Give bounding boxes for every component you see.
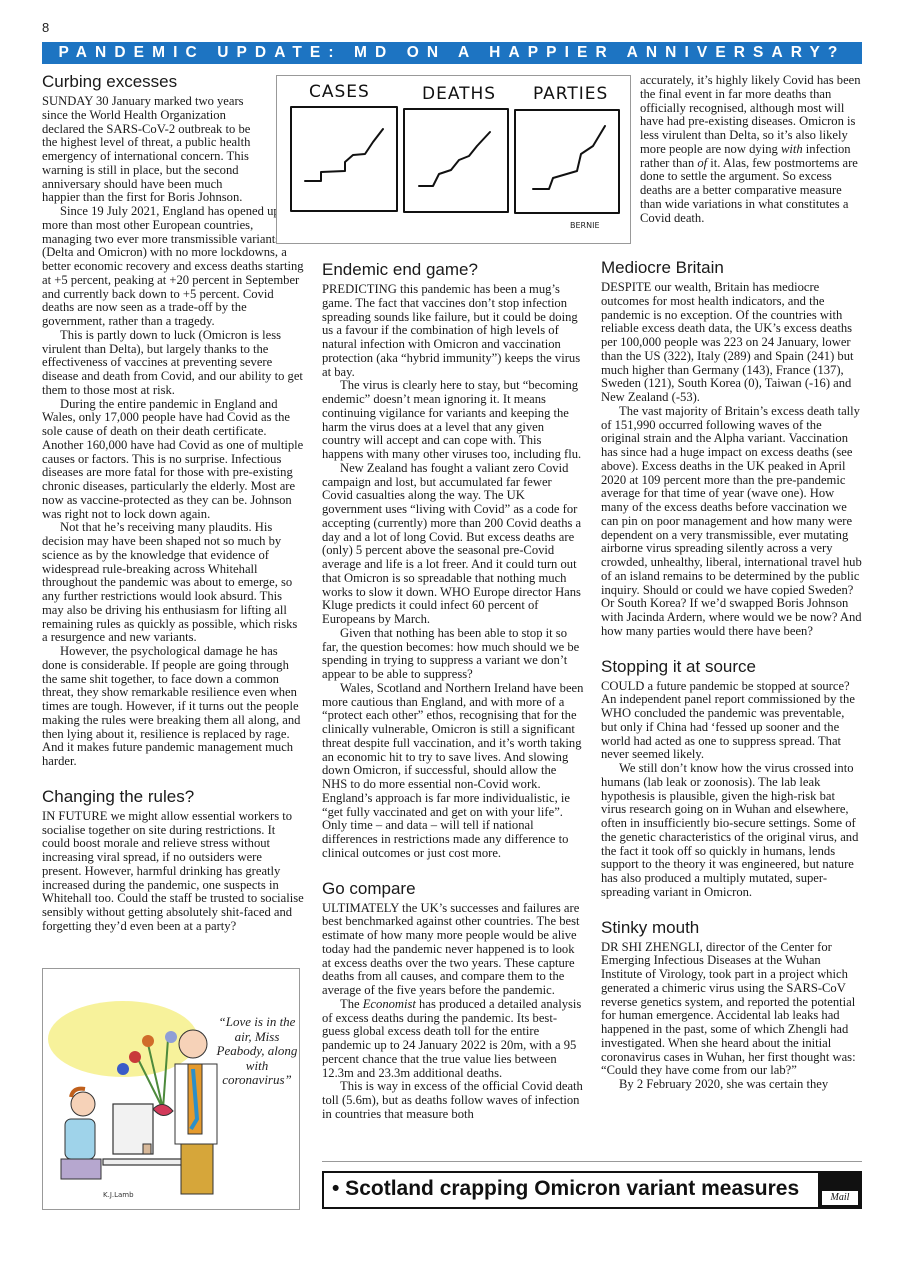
paragraph: New Zealand has fought a valiant zero Co… [322,462,584,627]
paragraph: Since 19 July 2021, England has opened u… [42,205,304,329]
section-banner: PANDEMIC UPDATE: MD ON A HAPPIER ANNIVER… [42,42,862,64]
cartoon-graphs: CASES DEATHS PARTIES BERNIE [276,75,631,244]
paragraph: This is way in excess of the official Co… [322,1080,584,1121]
column-3: Mediocre Britain DESPITE our wealth, Bri… [601,258,863,1092]
paragraph: Given that nothing has been able to stop… [322,627,584,682]
cartoonist-signature: BERNIE [570,221,600,230]
paragraph: COULD a future pandemic be stopped at so… [601,680,863,763]
heading-endemic-end-game: Endemic end game? [322,260,584,280]
page-number: 8 [42,20,49,35]
paragraph: DESPITE our wealth, Britain has mediocre… [601,281,863,405]
heading-curbing-excesses: Curbing excesses [42,72,304,92]
paragraph: IN FUTURE we might allow essential worke… [42,810,304,934]
cartoon-illustration: K.J.Lamb [43,969,299,1209]
heading-stinky-mouth: Stinky mouth [601,918,863,938]
cartoon-office: K.J.Lamb “Love is in the air, Miss Peabo… [42,968,300,1210]
source-label: Mail [822,1191,858,1205]
paragraph: Not that he’s receiving many plaudits. H… [42,521,304,645]
heading-changing-the-rules: Changing the rules? [42,787,304,807]
heading-go-compare: Go compare [322,879,584,899]
paragraph: During the entire pandemic in England an… [42,398,304,522]
column-3-top: accurately, it’s highly likely Covid has… [640,74,862,225]
paragraph: ULTIMATELY the UK’s successes and failur… [322,902,584,998]
headline-clipping: • Scotland crapping Omicron variant meas… [322,1171,862,1209]
column-1: Curbing excesses SUNDAY 30 January marke… [42,72,304,934]
paragraph: accurately, it’s highly likely Covid has… [640,74,862,225]
paragraph: SUNDAY 30 January marked two years since… [42,95,260,205]
column-2: Endemic end game? PREDICTING this pandem… [322,260,584,1122]
paragraph: However, the psychological damage he has… [42,645,304,769]
paragraph: By 2 February 2020, she was certain they [601,1078,863,1092]
heading-mediocre-britain: Mediocre Britain [601,258,863,278]
cartoonist-signature: K.J.Lamb [103,1191,134,1199]
paragraph: PREDICTING this pandemic has been a mug’… [322,283,584,379]
paragraph: Wales, Scotland and Northern Ireland hav… [322,682,584,861]
paragraph: DR SHI ZHENGLI, director of the Center f… [601,941,863,1079]
paragraph: The vast majority of Britain’s excess de… [601,405,863,639]
paragraph: The virus is clearly here to stay, but “… [322,379,584,462]
paragraph: We still don’t know how the virus crosse… [601,762,863,900]
divider [322,1161,862,1162]
cartoon-caption: “Love is in the air, Miss Peabody, along… [215,1015,299,1088]
graph-drawings: BERNIE [277,76,630,243]
heading-stopping-it-at-source: Stopping it at source [601,657,863,677]
paragraph: The Economist has produced a detailed an… [322,998,584,1081]
headline-text: • Scotland crapping Omicron variant meas… [332,1176,799,1202]
paragraph: This is partly down to luck (Omicron is … [42,329,304,398]
